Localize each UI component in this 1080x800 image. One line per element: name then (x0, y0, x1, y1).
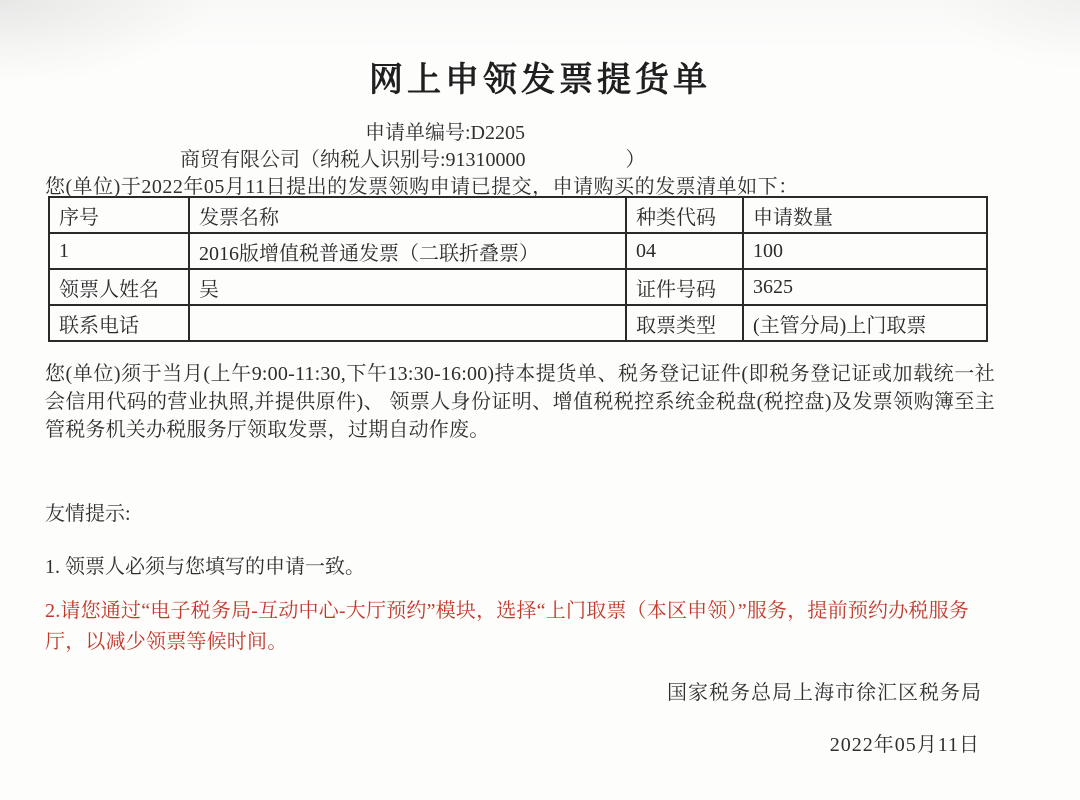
table-row-recipient: 领票人姓名 吴 证件号码 3625 (49, 269, 987, 305)
table-row-invoice-item: 1 2016版增值税普通发票（二联折叠票） 04 100 (49, 233, 987, 269)
invoice-table: 序号 发票名称 种类代码 申请数量 1 2016版增值税普通发票（二联折叠票） … (48, 196, 988, 342)
tip-item-2-highlighted: 2.请您通过“电子税务局-互动中心-大厅预约”模块，选择“上门取票（本区申领）”… (45, 596, 995, 658)
pickup-notice-paragraph: 您(单位)须于当月(上午9:00-11:30,下午13:30-16:00)持本提… (45, 360, 995, 444)
cell-contact-phone (189, 305, 626, 341)
tips-heading: 友情提示: (45, 497, 131, 526)
issue-date: 2022年05月11日 (0, 728, 980, 757)
cell-id-number: 3625 (743, 269, 987, 305)
header-invoice-name: 发票名称 (189, 197, 626, 233)
cell-apply-quantity: 100 (743, 233, 987, 269)
label-contact-phone: 联系电话 (49, 305, 189, 341)
header-apply-quantity: 申请数量 (743, 197, 987, 233)
label-id-number: 证件号码 (626, 269, 743, 305)
header-type-code: 种类代码 (626, 197, 743, 233)
page-title: 网上申领发票提货单 (0, 52, 1080, 101)
table-header-row: 序号 发票名称 种类代码 申请数量 (49, 197, 987, 233)
label-recipient-name: 领票人姓名 (49, 269, 189, 305)
header-serial-number: 序号 (49, 197, 189, 233)
issuing-authority: 国家税务总局上海市徐汇区税务局 (0, 676, 982, 705)
tip-item-1: 1. 领票人必须与您填写的申请一致。 (45, 550, 365, 579)
cell-type-code: 04 (626, 233, 743, 269)
cell-recipient-name: 吴 (189, 269, 626, 305)
application-number-line: 申请单编号:D2205 (365, 116, 525, 145)
submission-intro-line: 您(单位)于2022年05月11日提出的发票领购申请已提交，申请购买的发票清单如… (45, 170, 799, 199)
cell-pickup-type: (主管分局)上门取票 (743, 305, 987, 341)
cell-serial-number: 1 (49, 233, 189, 269)
cell-invoice-name: 2016版增值税普通发票（二联折叠票） (189, 233, 626, 269)
label-pickup-type: 取票类型 (626, 305, 743, 341)
invoice-pickup-form: 网上申领发票提货单 申请单编号:D2205 商贸有限公司（纳税人识别号:9131… (0, 0, 1080, 800)
company-taxpayer-line: 商贸有限公司（纳税人识别号:91310000 ） (180, 143, 646, 172)
table-row-contact: 联系电话 取票类型 (主管分局)上门取票 (49, 305, 987, 341)
